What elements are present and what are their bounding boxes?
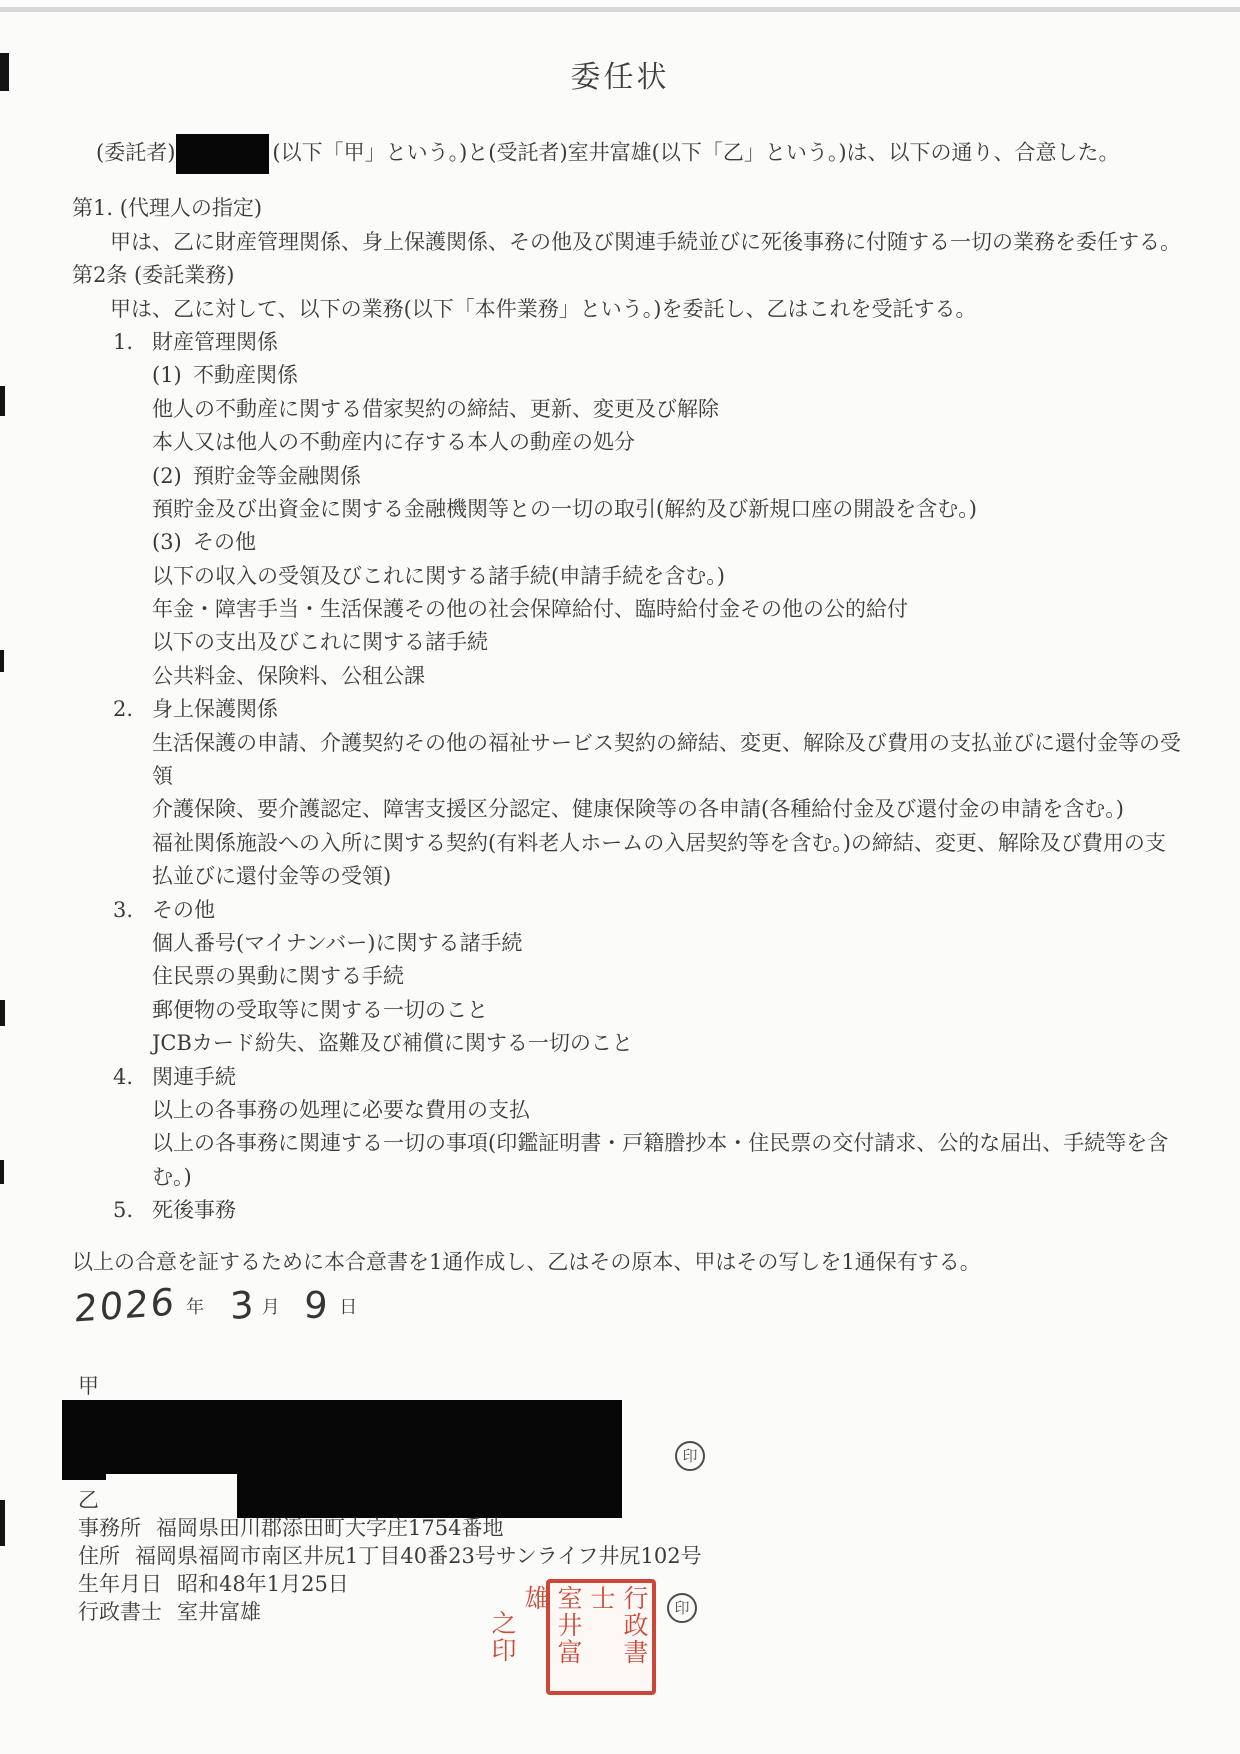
item-label: 関連手続 <box>152 1065 236 1089</box>
stamp-column: 室井富雄 <box>519 1585 585 1689</box>
party-kou-label: 甲 <box>78 1370 99 1400</box>
otsu-address-line: 住所福岡県福岡市南区井尻1丁目40番23号サンライフ井尻102号 <box>78 1542 702 1570</box>
detail-line: 生活保護の申請、介護契約その他の福祉サービス契約の締結、変更、解除及び費用の支払… <box>0 727 1240 760</box>
field-value: 福岡県福岡市南区井尻1丁目40番23号サンライフ井尻102号 <box>135 1544 702 1568</box>
detail-line: 預貯金及び出資金に関する金融機関等との一切の取引(解約及び新規口座の開設を含む。… <box>0 493 1240 526</box>
red-registered-seal-stamp: 行政書士 室井富雄 之印 <box>546 1579 656 1695</box>
item-number: 4. <box>113 1061 152 1094</box>
day-label: 日 <box>339 1297 357 1318</box>
list-item: 1.財産管理関係 <box>0 326 1240 359</box>
sub-item: (3)その他 <box>0 526 1240 559</box>
item-label: その他 <box>152 898 215 922</box>
list-item: 2.身上保護関係 <box>0 693 1240 726</box>
article-body: 甲は、乙に対して、以下の業務(以下「本件業務」という。)を委託し、乙はこれを受託… <box>0 293 1240 326</box>
sub-item: (1)不動産関係 <box>0 359 1240 392</box>
detail-line: 介護保険、要介護認定、障害支援区分認定、健康保険等の各申請(各種給付金及び還付金… <box>0 793 1240 826</box>
scan-edge-strip <box>0 7 1240 12</box>
detail-line: 個人番号(マイナンバー)に関する諸手続 <box>0 927 1240 960</box>
field-label: 住所 <box>78 1544 120 1568</box>
sub-item-label: 預貯金等金融関係 <box>193 464 361 488</box>
detail-line: 以上の各事務の処理に必要な費用の支払 <box>0 1094 1240 1127</box>
list-item: 4.関連手続 <box>0 1061 1240 1094</box>
sub-item: (2)預貯金等金融関係 <box>0 460 1240 493</box>
detail-line: 以下の収入の受領及びこれに関する諸手続(申請手続を含む。) <box>0 560 1240 593</box>
detail-line: 以下の支出及びこれに関する諸手続 <box>0 626 1240 659</box>
sub-item-label: 不動産関係 <box>193 363 298 387</box>
article-heading: 第1. (代理人の指定) <box>0 192 1240 225</box>
closing-sentence: 以上の合意を証するために本合意書を1通作成し、乙はその原本、甲はその写しを1通保… <box>0 1246 1240 1279</box>
intro-line: (委託者)(以下「甲」という。)と(受託者)室井富雄(以下「乙」という。)は、以… <box>0 134 1240 167</box>
month-label: 月 <box>262 1297 280 1318</box>
redaction-box-name <box>176 134 269 174</box>
sub-item-label: その他 <box>193 530 256 554</box>
field-label: 事務所 <box>78 1516 141 1540</box>
document-title: 委任状 <box>0 52 1240 96</box>
item-number: 1. <box>113 326 152 359</box>
sub-item-number: (3) <box>152 526 193 559</box>
field-label: 生年月日 <box>78 1572 162 1596</box>
redaction-box-kou-main <box>62 1400 622 1474</box>
item-number: 3. <box>113 894 152 927</box>
handwritten-year: 2026 <box>73 1280 177 1330</box>
detail-line: 他人の不動産に関する借家契約の締結、更新、変更及び解除 <box>0 393 1240 426</box>
scan-artifact <box>0 1500 5 1546</box>
detail-line: 年金・障害手当・生活保護その他の社会保障給付、臨時給付金その他の公的給付 <box>0 593 1240 626</box>
sub-item-number: (2) <box>152 460 193 493</box>
detail-line: 本人又は他人の不動産内に存する本人の動産の処分 <box>0 426 1240 459</box>
field-label: 行政書士 <box>78 1600 162 1624</box>
detail-line: む。) <box>0 1161 1240 1194</box>
redaction-box-kou-extension <box>237 1474 622 1518</box>
handwritten-month: 3 <box>229 1283 254 1329</box>
otsu-office-line: 事務所福岡県田川郡添田町大字庄1754番地 <box>78 1514 702 1542</box>
article-heading: 第2条 (委託業務) <box>0 259 1240 292</box>
detail-line: 郵便物の受取等に関する一切のこと <box>0 994 1240 1027</box>
detail-line: 払並びに還付金等の受領) <box>0 860 1240 893</box>
redaction-box-kou-nub <box>62 1474 106 1480</box>
stamp-column: 行政書士 <box>585 1585 651 1689</box>
item-label: 財産管理関係 <box>152 330 278 354</box>
party-otsu-label: 乙 <box>78 1484 99 1514</box>
date-line: 2026年3月9日 <box>74 1284 357 1327</box>
detail-line: JCBカード紛失、盗難及び補償に関する一切のこと <box>0 1027 1240 1060</box>
list-item: 5.死後事務 <box>0 1194 1240 1227</box>
article-body: 甲は、乙に財産管理関係、身上保護関係、その他及び関連手続並びに死後事務に付随する… <box>0 226 1240 259</box>
item-label: 死後事務 <box>152 1198 236 1222</box>
field-value: 室井富雄 <box>177 1600 261 1624</box>
stamp-column: 之印 <box>486 1585 519 1689</box>
item-number: 2. <box>113 693 152 726</box>
year-label: 年 <box>186 1297 204 1318</box>
field-value: 福岡県田川郡添田町大字庄1754番地 <box>156 1516 503 1540</box>
detail-line: 領 <box>0 760 1240 793</box>
list-item: 3.その他 <box>0 894 1240 927</box>
kou-seal-placeholder-icon: 印 <box>675 1441 705 1471</box>
detail-line: 福祉関係施設への入所に関する契約(有料老人ホームの入居契約等を含む。)の締結、変… <box>0 827 1240 860</box>
intro-prefix: (委託者) <box>96 141 175 165</box>
detail-line: 住民票の異動に関する手続 <box>0 960 1240 993</box>
otsu-seal-placeholder-icon: 印 <box>667 1593 697 1623</box>
item-number: 5. <box>113 1194 152 1227</box>
detail-line: 公共料金、保険料、公租公課 <box>0 660 1240 693</box>
detail-line: 以上の各事務に関連する一切の事項(印鑑証明書・戸籍謄抄本・住民票の交付請求、公的… <box>0 1127 1240 1160</box>
field-value: 昭和48年1月25日 <box>177 1572 349 1596</box>
handwritten-day: 9 <box>302 1283 328 1328</box>
intro-suffix: (以下「甲」という。)と(受託者)室井富雄(以下「乙」という。)は、以下の通り、… <box>272 141 1119 165</box>
sub-item-number: (1) <box>152 359 193 392</box>
item-label: 身上保護関係 <box>152 697 278 721</box>
document-body: (委託者)(以下「甲」という。)と(受託者)室井富雄(以下「乙」という。)は、以… <box>0 134 1240 1279</box>
